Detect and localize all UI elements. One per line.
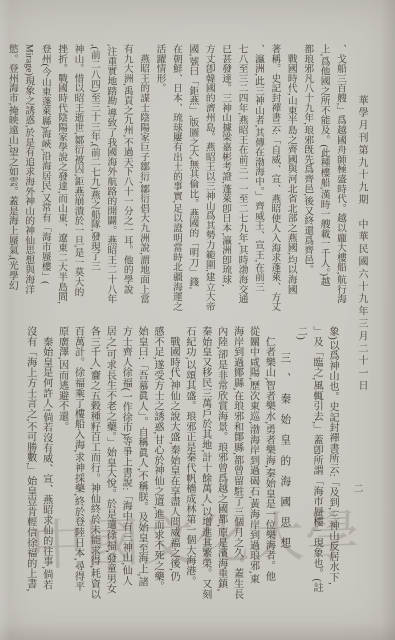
text-column: 挫折。戰國時代陰陽家學說之發達,而山東、遼東二大半島間, (53, 44, 69, 316)
text-column: 在朝鮮、日本、琉球屢有出土的事實,足以證明當時北疆海運之 (168, 44, 184, 316)
text-column: 秦始皇是何許人!倘若沒有威、宣、燕昭求仙的往事,倘若 (38, 326, 54, 632)
text-column: ,(前二八四)至三十三年,(前二七九)燕之船隊,發現了三 (86, 44, 102, 316)
text-column: 二) (292, 326, 308, 632)
text-column: 國,號曰「鉅燕」,版圖之大,無其倫比。燕國的「明刀」錢, (184, 44, 200, 316)
text-column: 始皇曰:「吾慕眞人」。自稱眞人,不稱朕。及始皇至海上,諸 (133, 326, 149, 632)
text-column: 、瀛洲,此三神山者,其傳在渤海中。」齊威王、宣王,在前三 (250, 44, 266, 316)
text-column: 活躍情形。 (151, 44, 167, 316)
text-column: 上,爲他國之所不能及。(此種樓船,漢時一艘載一千人。)越 (315, 44, 331, 316)
text-column: 已甚發達。三神山據梁嘉彬考證,蓬萊卽日本,瀛洲卽琉球, (217, 44, 233, 316)
text-column: 原廣澤,因而逃避不還。 (54, 326, 70, 632)
text-column: 七八至三二四年,燕昭王在前三一一至二七九年,其時渤海交通 (233, 44, 249, 316)
text-column: 秦始皇又移民三萬戶於其地,計十餘萬人,以增進其繁榮。又刻 (197, 326, 213, 632)
text-column: 著稱。史記封禪書云:「自威、宣、燕昭使人入海求蓬萊、方丈 (266, 44, 282, 316)
text-column: 百萬計。徐福乘了樓船入海,求神採藥,終於登陸日本,尋得平 (70, 326, 86, 632)
lower-text-band: 象)以爲神山也。史記封禪書所云:「及到,三神山反居水下,」及「臨之,風輒引去,」… (22, 326, 340, 632)
text-column: 登州(今山東蓬萊縣)海峽,沿海居民,又常有「海市蜃樓」( (36, 44, 52, 316)
text-column: 感不足,遂受方士之誘惑,甘心於神仙之道,進而求不死之藥。 (149, 326, 165, 632)
text-column: 仁者樂山,智者樂水,勇者樂海,秦始皇是一位樂海者。他 (260, 326, 276, 632)
scanned-journal-page: 中國文化大學 華學月刊第九十九期 中華民國六十九年三月二十一日 二 、戈船三百艘… (0, 0, 395, 640)
text-column: 神山。惜以昭王逝世,鄒衍被囚,鉅燕崩潰於一旦,是一莫大的 (69, 44, 85, 316)
running-head: 華學月刊第九十九期 中華民國六十九年三月二十一日 (354, 95, 369, 393)
text-column: 各三千人,齎之五穀種籽百工而行。神仙終於未能求得,耗資以 (86, 326, 102, 632)
text-column: 戰國時代,神仙之說大盛,秦始皇在享盡人間威福之後,仍 (165, 326, 181, 632)
text-column: 慾。登州海市,掩映遠山,望之如雲。蓋是海上蜃氣,(光學幻 (3, 44, 19, 316)
text-column: 方丈卽韓國的濟州島。燕昭王以三神山爲其勢力範圍,建立大帝 (200, 44, 216, 316)
text-column: 內陸,卻是非常欣賞海景。琅邪曾爲越之國都,原是濱海重鎮, (213, 326, 229, 632)
upper-text-band: 、戈船三百艘,」爲越國舟師極盛時代。越以龐大樓船,航行海上,爲他國之所不能及。(… (3, 44, 348, 316)
text-column: 方士齊人徐福(一作徐巿)等爭上書說:「海中有三神山,仙人 (117, 326, 133, 632)
text-column: 戰國時代,山東半島之齊國與河北省北部之燕國,均以海國 (282, 44, 298, 316)
text-column: 燕昭王的謀士陰陽家巨子鄒衍,鄒衍倡大九洲說,謂地面上當 (135, 44, 151, 316)
text-column: 石紀功,以頌其盛。琅邪正是秦代帆檣成林第一個大海港。 (181, 326, 197, 632)
section-heading: 三、秦始皇的海國思想 (276, 326, 292, 632)
text-column: 從關中咸陽,歷次東巡,渤海岸到過碣石,黃海岸到過琅邪,東 (245, 326, 261, 632)
text-column: 象)以爲神山也。史記封禪書所云:「及到,三神山反居水下, (324, 326, 340, 632)
text-column: Mirage)現象之誘惑,於是有追求海外神山的神仙思想與海洋 (20, 44, 36, 316)
text-column: 、戈船三百艘,」爲越國舟師極盛時代。越以龐大樓船,航行海 (332, 44, 348, 316)
page-number: 二 (349, 483, 364, 493)
text-column: 」及「臨之,風輒引去,」蓋卽所謂「海市蜃樓」現象也。(註 (308, 326, 324, 632)
text-column: 海岸到過鄮縣,在琅邪和鄮縣,都曾留駐了三個月之久。蓋生長 (229, 326, 245, 632)
text-column: 居之,可求長生不老之藥。」始皇大悅。於是遣徐福,發童男女 (101, 326, 117, 632)
text-column: ,注重實地踏勘,導致了我國海外航路的開闢。燕昭王二十八年 (102, 44, 118, 316)
text-column: 沒有「海上方士言之,不可勝數,」始皇豈肯輕信徐福的上書, (22, 326, 38, 632)
text-column: 都琅邪凡八十九年,琅邪旣先爲齊邑,後又終還爲齊邑。 (299, 44, 315, 316)
text-column: 有九大洲,禹貢之九州,不過天下八十一分之一耳。他的學說 (118, 44, 134, 316)
